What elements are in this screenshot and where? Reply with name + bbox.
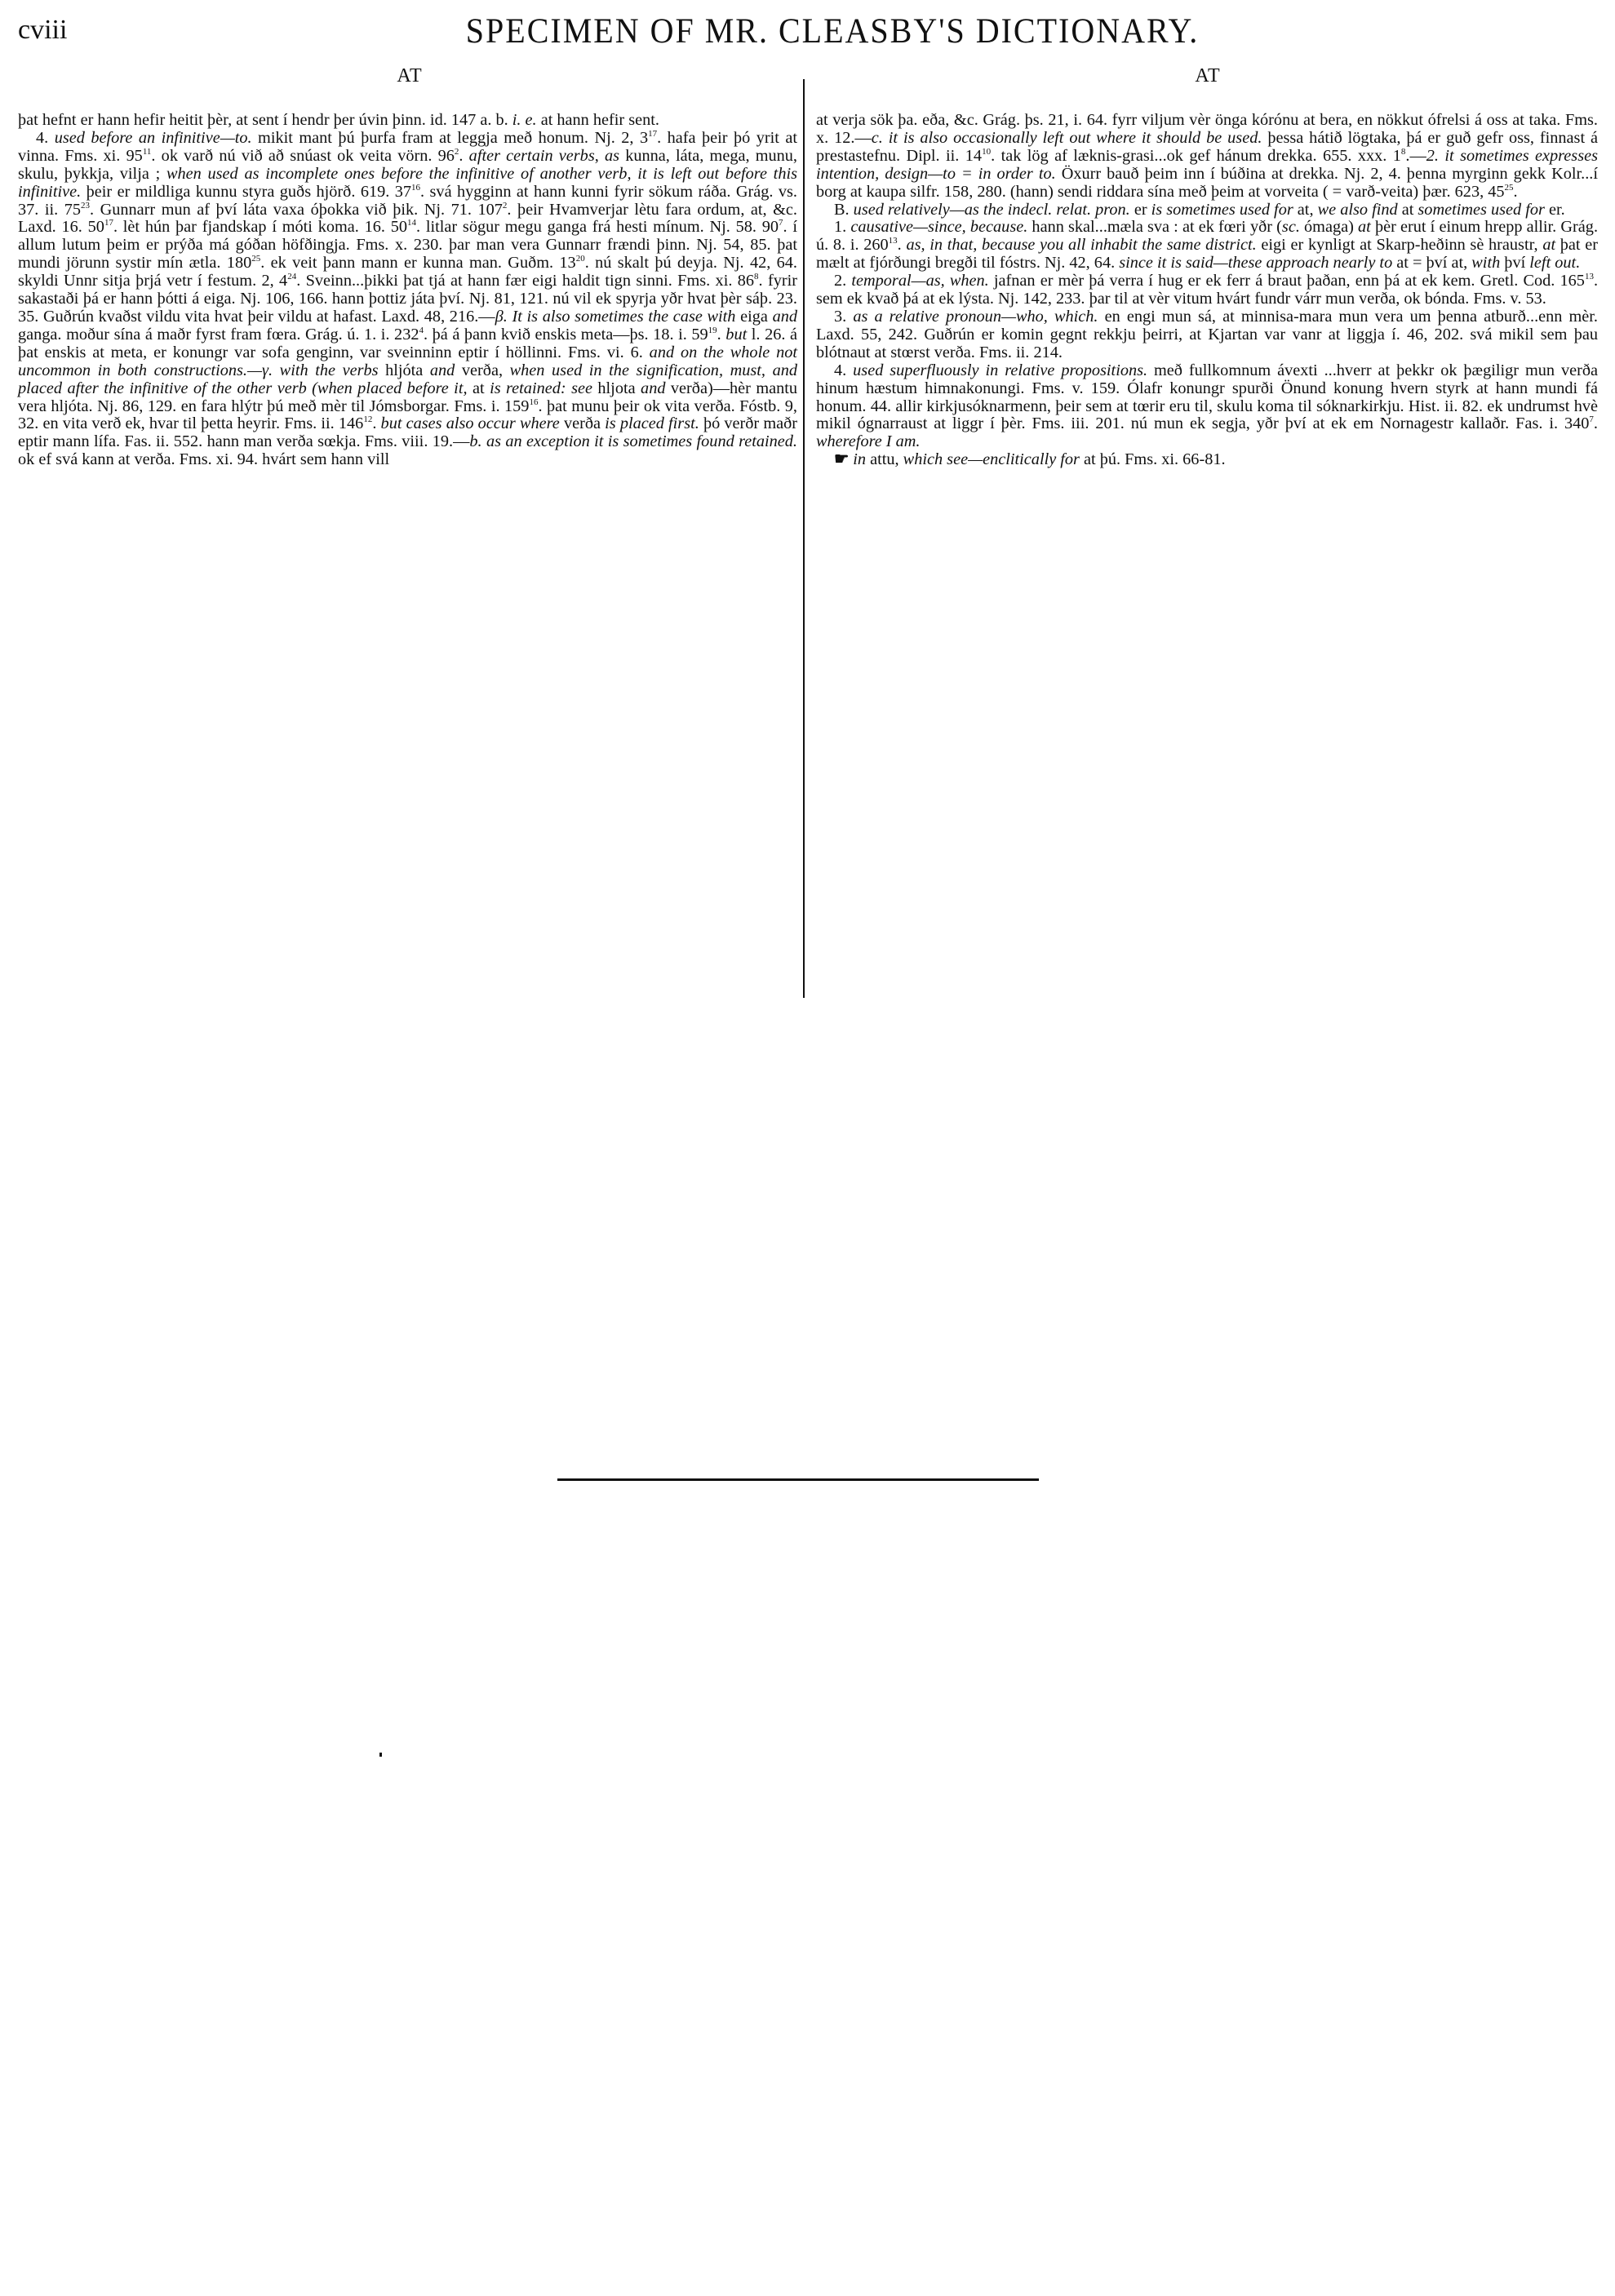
right-column-heading: AT <box>816 65 1599 87</box>
text-run: er <box>1130 201 1151 219</box>
text-run: hljóta <box>379 361 430 379</box>
footnote-superscript: 13 <box>1585 272 1594 281</box>
footnote-superscript: 17 <box>104 218 113 228</box>
text-run: . Sveinn...þikki þat tjá at hann fær eig… <box>296 272 754 290</box>
text-run: þat hefnt er hann hefir heitit þèr, at s… <box>18 111 512 129</box>
footnote-superscript: 20 <box>576 254 585 264</box>
text-run: . ek veit þann mann er kunna man. Guðm. … <box>260 254 575 272</box>
dictionary-paragraph: B. used relatively—as the indecl. relat.… <box>816 202 1598 219</box>
text-run: at <box>468 379 490 397</box>
text-run: at <box>1398 201 1418 219</box>
page-speck <box>379 1753 382 1757</box>
italic-gloss: i. e. <box>512 111 537 129</box>
page-number: cviii <box>18 15 67 46</box>
text-run: . <box>1514 183 1518 201</box>
text-run: at hann hefir sent. <box>537 111 659 129</box>
text-run: hljota <box>592 379 641 397</box>
text-run: er. <box>1545 201 1565 219</box>
italic-gloss: used before an infinitive—to. <box>55 129 252 147</box>
text-run: verða, <box>455 361 509 379</box>
italic-gloss: since it is said—these approach nearly t… <box>1119 254 1392 272</box>
footnote-superscript: 25 <box>251 254 260 264</box>
footnote-superscript: 13 <box>889 236 898 246</box>
dictionary-paragraph: þat hefnt er hann hefir heitit þèr, at s… <box>18 112 797 130</box>
footnote-superscript: 16 <box>411 183 420 193</box>
text-run: 3. <box>834 308 853 326</box>
text-run: . <box>459 147 468 165</box>
text-run: verða <box>560 414 605 432</box>
italic-gloss: but <box>725 326 747 344</box>
left-column-heading: AT <box>18 65 801 87</box>
italic-gloss: wherefore I am. <box>816 432 920 450</box>
italic-gloss: and <box>430 361 455 379</box>
dictionary-paragraph: 1. causative—since, because. hann skal..… <box>816 219 1598 273</box>
italic-gloss: in <box>853 450 866 468</box>
italic-gloss: c. it is also occasionally left out wher… <box>872 129 1262 147</box>
italic-gloss: is placed first. <box>605 414 699 432</box>
italic-gloss: is sometimes used for <box>1151 201 1293 219</box>
italic-gloss: with <box>1471 254 1500 272</box>
running-head: SPECIMEN OF MR. CLEASBY'S DICTIONARY. <box>384 10 1281 51</box>
left-column: þat hefnt er hann hefir heitit þèr, at s… <box>18 112 797 469</box>
text-run: . <box>898 236 907 254</box>
footnote-superscript: 10 <box>982 147 991 157</box>
end-rule <box>557 1478 1039 1481</box>
italic-gloss: left out. <box>1529 254 1580 272</box>
italic-gloss: sometimes used for <box>1418 201 1544 219</box>
italic-gloss: we also find <box>1318 201 1398 219</box>
text-run: . tak lög af læknis-grasi...ok gef hánum… <box>991 147 1401 165</box>
text-run: eiga <box>735 308 772 326</box>
italic-gloss: as <box>605 147 619 165</box>
dictionary-paragraph: 4. used before an infinitive—to. mikit m… <box>18 130 797 469</box>
text-run: , <box>595 147 605 165</box>
italic-gloss: as a relative pronoun—who, which. <box>853 308 1098 326</box>
italic-gloss: after certain verbs <box>469 147 595 165</box>
text-run: 4. <box>834 361 853 379</box>
text-run: . lèt hún þar fjandskap í móti koma. 16.… <box>113 218 407 236</box>
text-run: mikit mant þú þurfa fram at leggja með h… <box>252 129 649 147</box>
italic-gloss: but cases also occur where <box>381 414 560 432</box>
right-column: at verja sök þa. eða, &c. Grág. þs. 21, … <box>816 112 1598 469</box>
italic-gloss: used superfluously in relative propositi… <box>853 361 1147 379</box>
italic-gloss: at <box>1542 236 1555 254</box>
text-run: at, <box>1293 201 1318 219</box>
italic-gloss: sc. <box>1282 218 1300 236</box>
italic-gloss: causative—since, because. <box>850 218 1027 236</box>
text-run: 4. <box>36 129 55 147</box>
text-run: at = því at, <box>1392 254 1471 272</box>
footnote-superscript: 19 <box>708 326 717 335</box>
italic-gloss: is retained: see <box>490 379 592 397</box>
italic-gloss: and <box>641 379 665 397</box>
dictionary-paragraph: ☛ in attu, which see—enclitically for at… <box>816 451 1598 469</box>
text-run: eigi er kynligt at Skarp-heðinn sè hraus… <box>1257 236 1543 254</box>
footnote-superscript: 23 <box>81 201 90 211</box>
footnote-superscript: 12 <box>363 414 372 424</box>
italic-gloss: at <box>1358 218 1371 236</box>
pointing-hand-icon: ☛ <box>834 450 853 468</box>
text-run: ganga. moður sína á maðr fyrst fram fœra… <box>18 326 419 344</box>
footnote-superscript: 14 <box>407 218 416 228</box>
text-run: hann skal...mæla sva : at ek fœri yðr ( <box>1027 218 1282 236</box>
dictionary-paragraph: at verja sök þa. eða, &c. Grág. þs. 21, … <box>816 112 1598 202</box>
text-run: at þú. Fms. xi. 66-81. <box>1080 450 1226 468</box>
dictionary-paragraph: 3. as a relative pronoun—who, which. en … <box>816 308 1598 362</box>
italic-gloss: as, in that, because you all inhabit the… <box>906 236 1256 254</box>
text-run: 1. <box>834 218 850 236</box>
text-run: ok ef svá kann at verða. Fms. xi. 94. hv… <box>18 450 389 468</box>
text-run: . Gunnarr mun af því láta vaxa óþokka vi… <box>90 201 503 219</box>
text-run: .— <box>1405 147 1426 165</box>
text-run: ómaga) <box>1300 218 1358 236</box>
text-run: þeir er mildliga kunnu styra guðs hjörð.… <box>81 183 411 201</box>
footnote-superscript: 16 <box>529 397 538 407</box>
text-run: . þá á þann kvið enskis meta—þs. 18. i. … <box>424 326 708 344</box>
footnote-superscript: 17 <box>648 129 657 139</box>
text-run: jafnan er mèr þá verra í hug er ek ferr … <box>989 272 1585 290</box>
dictionary-paragraph: 2. temporal—as, when. jafnan er mèr þá v… <box>816 273 1598 308</box>
text-run: . <box>717 326 726 344</box>
text-run: . <box>372 414 380 432</box>
italic-gloss: b. as an exception it is sometimes found… <box>469 432 797 450</box>
dictionary-paragraph: 4. used superfluously in relative propos… <box>816 362 1598 452</box>
text-run: . litlar sögur megu ganga frá hesti mínu… <box>416 218 779 236</box>
footnote-superscript: 24 <box>287 272 296 281</box>
text-run: attu, <box>866 450 903 468</box>
italic-gloss: which see—enclitically for <box>903 450 1080 468</box>
italic-gloss: and <box>773 308 797 326</box>
text-run: því <box>1500 254 1529 272</box>
text-run: B. <box>834 201 854 219</box>
footnote-superscript: 11 <box>143 147 152 157</box>
text-run: . <box>1594 414 1598 432</box>
italic-gloss: used relatively—as the indecl. relat. pr… <box>854 201 1130 219</box>
italic-gloss: temporal—as, when. <box>851 272 988 290</box>
text-run: . ok varð nú við að snúast ok veita vörn… <box>151 147 454 165</box>
text-run: 2. <box>834 272 851 290</box>
footnote-superscript: 25 <box>1505 183 1514 193</box>
italic-gloss: β. It is also sometimes the case with <box>495 308 736 326</box>
column-divider <box>803 79 805 998</box>
